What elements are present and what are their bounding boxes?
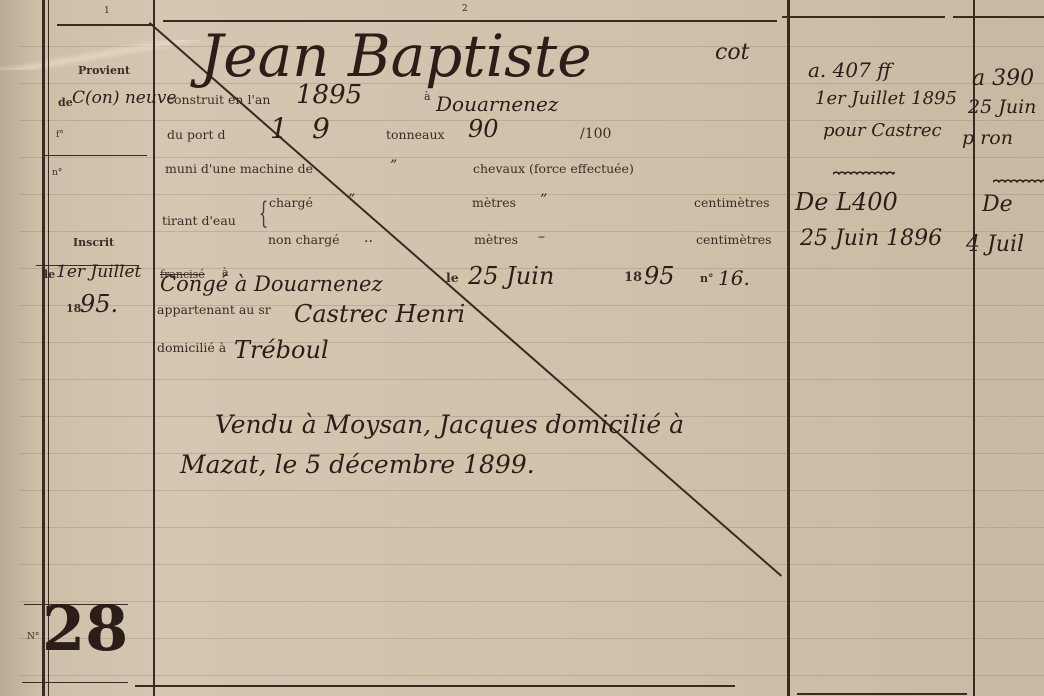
inscrit-le-label: le (44, 268, 55, 281)
numero-label: n° (52, 168, 62, 178)
port-value-2: 9 (312, 112, 330, 145)
non-charge-value: .. (364, 230, 373, 246)
header-rule-col4 (953, 16, 1044, 18)
centimetres-label-1: centimètres (694, 195, 770, 210)
registration-number-prefix: N° (27, 632, 39, 642)
machine-label: muni d'une machine de (165, 161, 313, 176)
col4-line-5: 4 Juil (966, 232, 1024, 257)
numero-value: 16. (718, 266, 750, 290)
bottom-rule-col3 (797, 693, 967, 695)
construit-label: construit en l'an (167, 92, 270, 107)
col4-line-3: p ron (962, 127, 1013, 149)
column-number-1: 1 (104, 6, 110, 16)
col3-line-3: pour Castrec (823, 120, 942, 141)
construit-place-value: Douarnenez (436, 92, 558, 116)
inscrit-label: Inscrit (73, 236, 114, 249)
registration-number: 28 (42, 592, 128, 665)
divider-number-bottom (22, 682, 128, 683)
bottom-rule-col2 (135, 685, 735, 687)
port-label: du port d (167, 127, 226, 142)
inscrit-date-value: 1er Juillet (56, 262, 141, 282)
centimetres-label-2: centimètres (696, 232, 772, 247)
metres-value-1: ” (540, 192, 547, 208)
tonneaux-denominator: /100 (580, 126, 611, 142)
col4-wavy-separator (993, 178, 1044, 184)
machine-value: ” (390, 158, 397, 174)
col3-wavy-separator (833, 170, 895, 176)
tonneaux-value: 90 (468, 115, 499, 143)
numero-label: n° (700, 272, 714, 285)
date-le-label: le (446, 270, 459, 285)
date-value: 25 Juin (468, 262, 554, 290)
metres-value-2: – (538, 229, 545, 245)
col3-line-1: a. 407 ff (808, 58, 891, 82)
conge-value: Congé à Douarnenez (160, 272, 383, 296)
col3-line-5: 25 Juin 1896 (800, 226, 942, 251)
non-charge-label: non chargé (268, 232, 339, 247)
date-year-value: 95 (644, 262, 675, 290)
sale-note-line-2: Mazat, le 5 décembre 1899. (180, 450, 535, 479)
port-value: 1 (270, 112, 288, 145)
domicilie-label: domicilié à (157, 340, 226, 355)
metres-label-1: mètres (472, 195, 516, 210)
col4-line-4: De (982, 192, 1013, 217)
charge-value: ” (348, 192, 355, 208)
metres-label-2: mètres (474, 232, 518, 247)
provient-label: Provient (78, 64, 130, 77)
tirant-label: tirant d'eau (162, 213, 236, 228)
header-rule-col3 (782, 16, 945, 18)
divider-provient (44, 155, 147, 156)
ship-name-suffix: cot (715, 40, 749, 65)
col3-line-4: De L400 (795, 188, 898, 216)
construit-value: 1895 (296, 80, 362, 110)
de-value: C(on) neuve (72, 88, 176, 108)
column-divider-2 (787, 0, 790, 696)
de-label: de (58, 96, 73, 109)
charge-label: chargé (269, 195, 313, 210)
column-number-2: 2 (462, 4, 468, 14)
construit-a-label: à (424, 90, 431, 103)
col4-line-1: a 390 (972, 66, 1034, 91)
appartenant-label: appartenant au sr (157, 302, 271, 317)
sale-note-line-1: Vendu à Moysan, Jacques domicilié à (215, 410, 684, 439)
inscrit-year-value: 95. (80, 290, 118, 318)
ship-name: Jean Baptiste (200, 22, 592, 90)
header-rule-col1 (57, 24, 153, 26)
folio-label: f° (56, 130, 64, 140)
date-year-prefix: 18 (624, 270, 642, 285)
tonneaux-label: tonneaux (386, 127, 445, 142)
tirant-brace: { (259, 196, 269, 231)
ledger-page: 1 2 Provient de C(on) neuve f° n° Inscri… (0, 0, 1044, 696)
domicile-value: Tréboul (234, 336, 329, 364)
col3-line-2: 1er Juillet 1895 (815, 88, 957, 109)
owner-value: Castrec Henri (294, 300, 465, 328)
chevaux-label: chevaux (force effectuée) (473, 161, 634, 176)
col4-line-2: 25 Juin (968, 96, 1036, 118)
